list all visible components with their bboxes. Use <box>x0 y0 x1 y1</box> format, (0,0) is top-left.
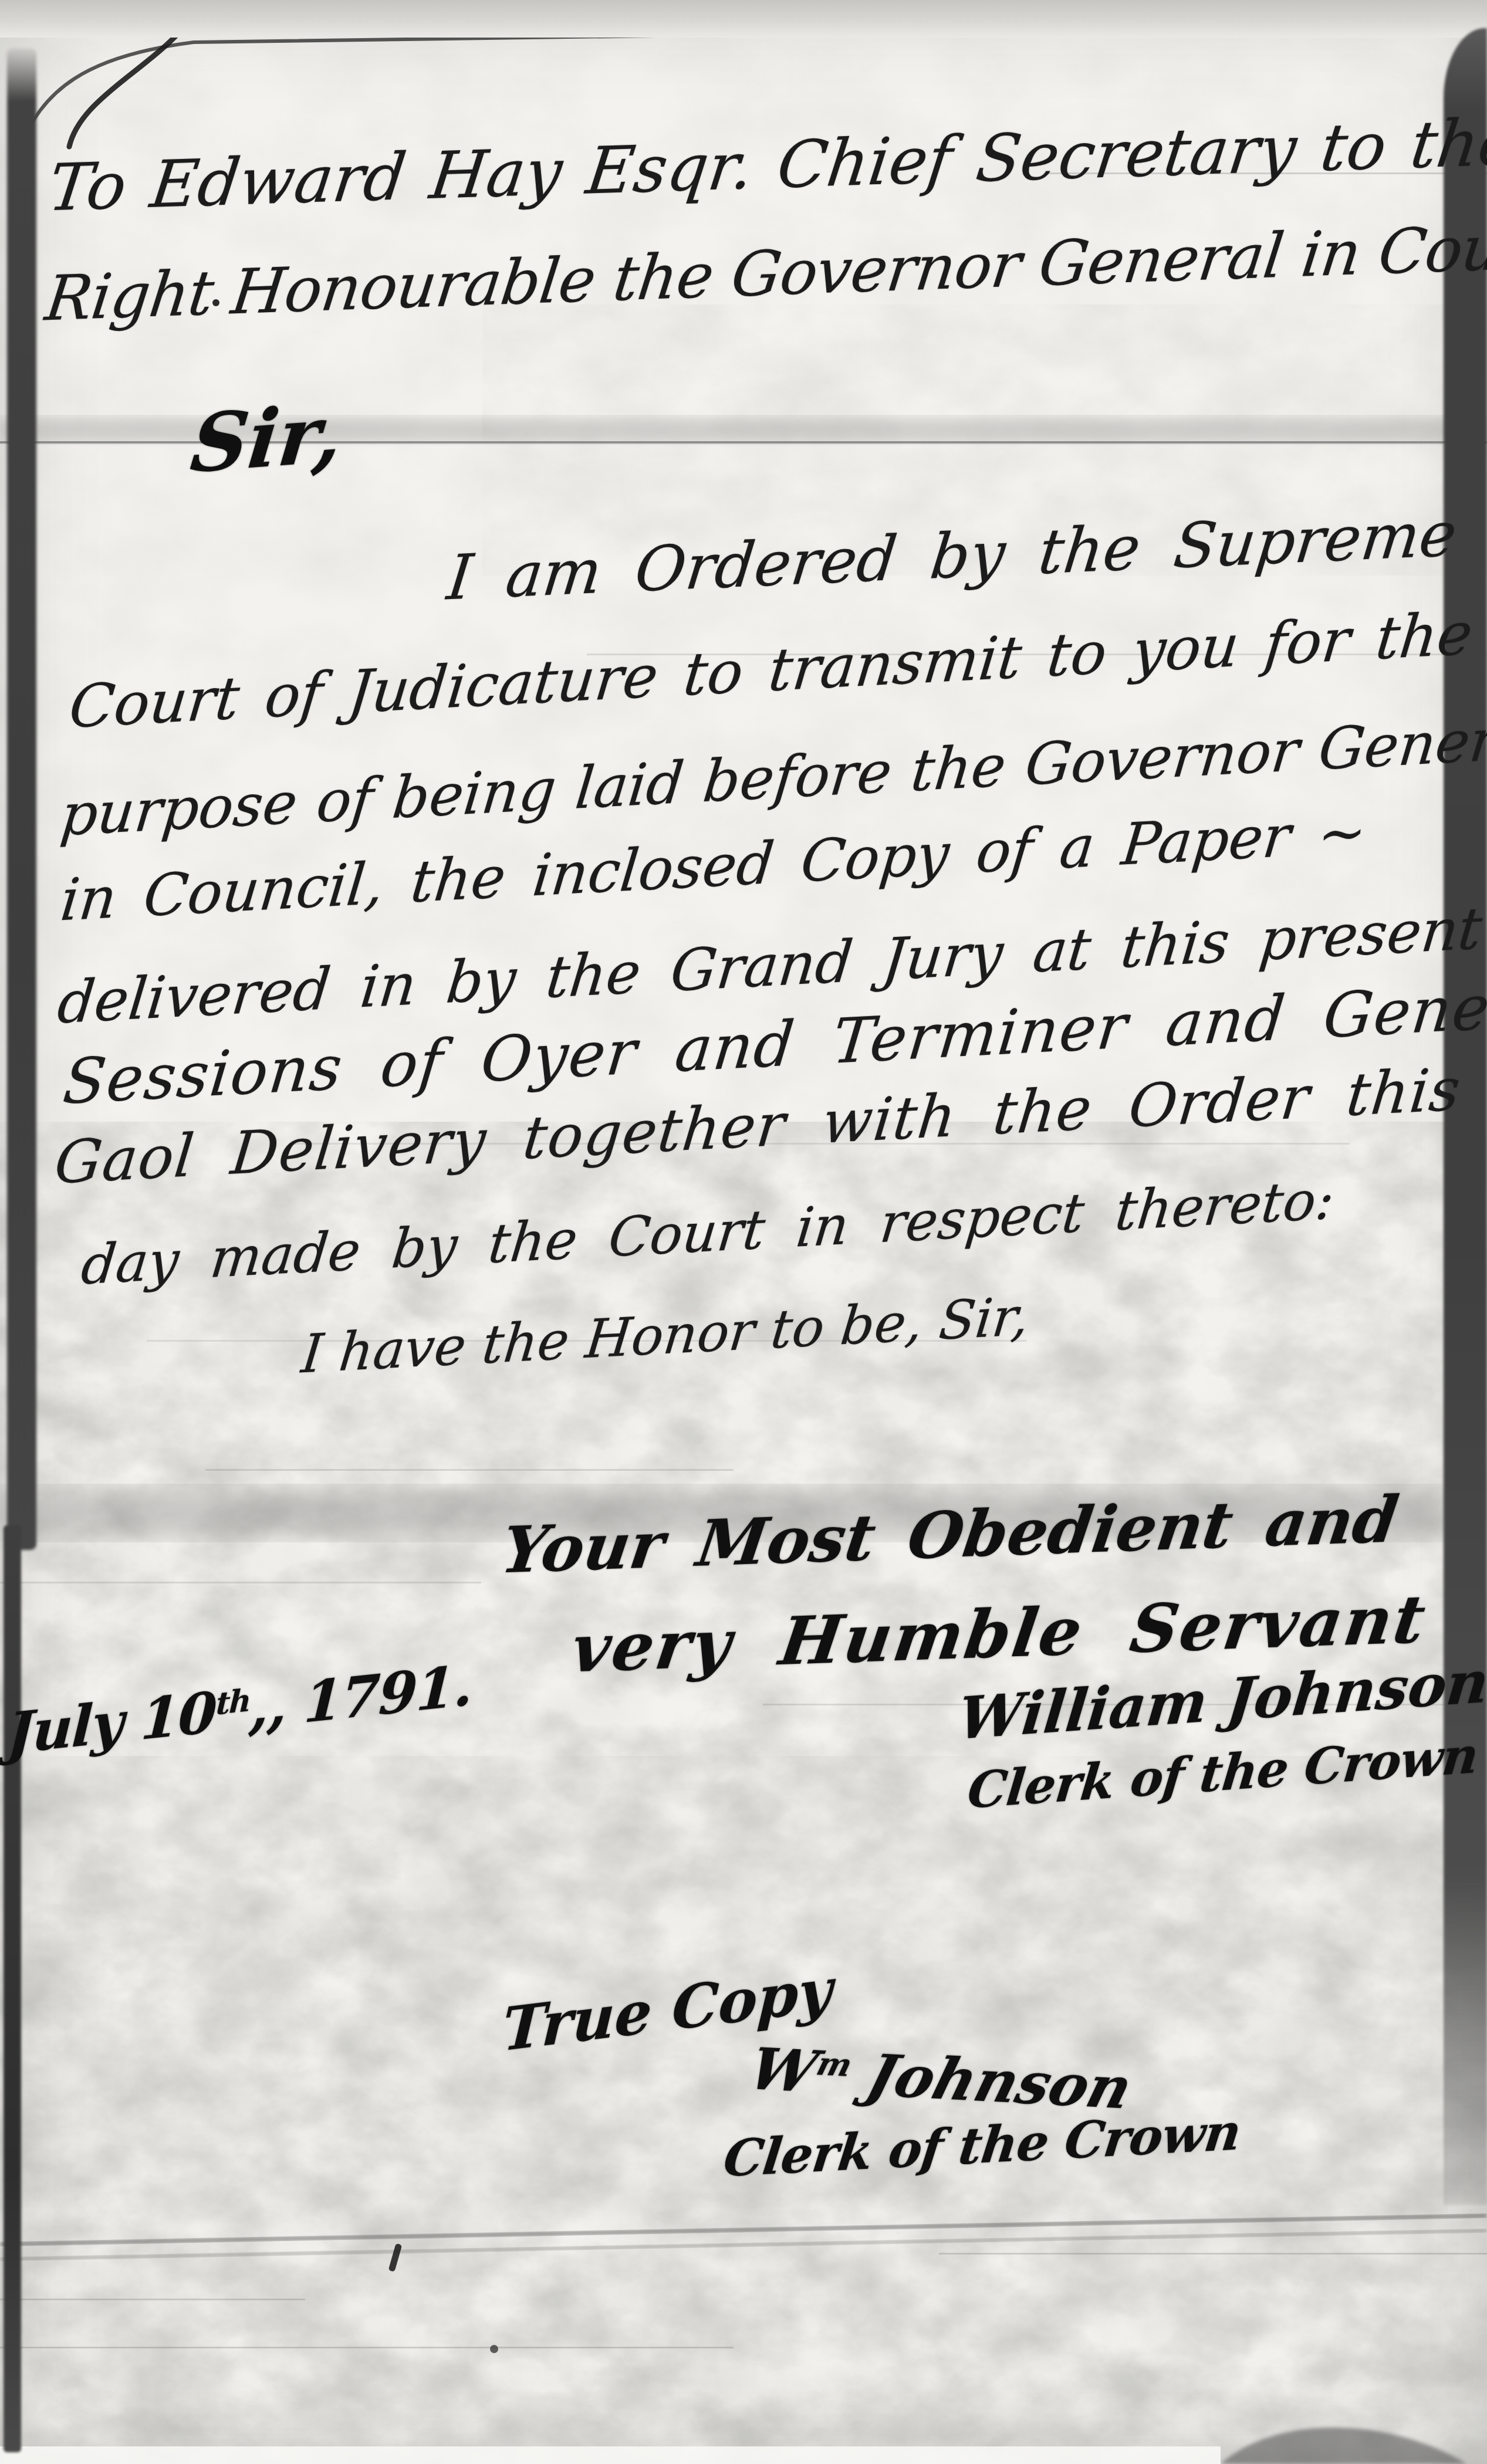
body-line-8: day made by the Court in respect thereto… <box>79 1168 1337 1297</box>
address-line-2: Right Honourable the Governor General in… <box>42 208 1487 335</box>
left-binding-shadow-lower <box>4 1525 21 2452</box>
ink-blot <box>388 2243 403 2272</box>
salutation: Sir, <box>187 386 347 491</box>
scan-bottom-edge <box>0 2446 1221 2464</box>
left-binding-shadow <box>7 48 36 1550</box>
valediction-line-1: Your Most Obedient and <box>497 1483 1402 1588</box>
certification-signature: Wm Johnson <box>742 2036 1140 2122</box>
address-line-1: To Edward Hay Esqr. Chief Secretary to t… <box>45 104 1487 225</box>
crease-line-bottom <box>0 2214 1487 2261</box>
closing-line: I have the Honor to be, Sir, <box>299 1285 1032 1386</box>
cert-name-prefix: W <box>742 2036 824 2106</box>
date-suffix: ,, 1791. <box>248 1653 474 1742</box>
top-edge-shadow <box>0 0 1487 38</box>
scanned-letter-page: To Edward Hay Esqr. Chief Secretary to t… <box>0 0 1487 2464</box>
ink-blot <box>490 2345 498 2353</box>
body-line-1: I am Ordered by the Supreme ~ <box>444 495 1487 614</box>
date-line: July 10th,, 1791. <box>6 1653 474 1767</box>
certification-title: Clerk of the Crown <box>721 2103 1244 2189</box>
page-curl-shadow <box>1221 2428 1467 2464</box>
date-superscript: th <box>215 1683 251 1722</box>
date-prefix: July 10 <box>6 1680 218 1768</box>
